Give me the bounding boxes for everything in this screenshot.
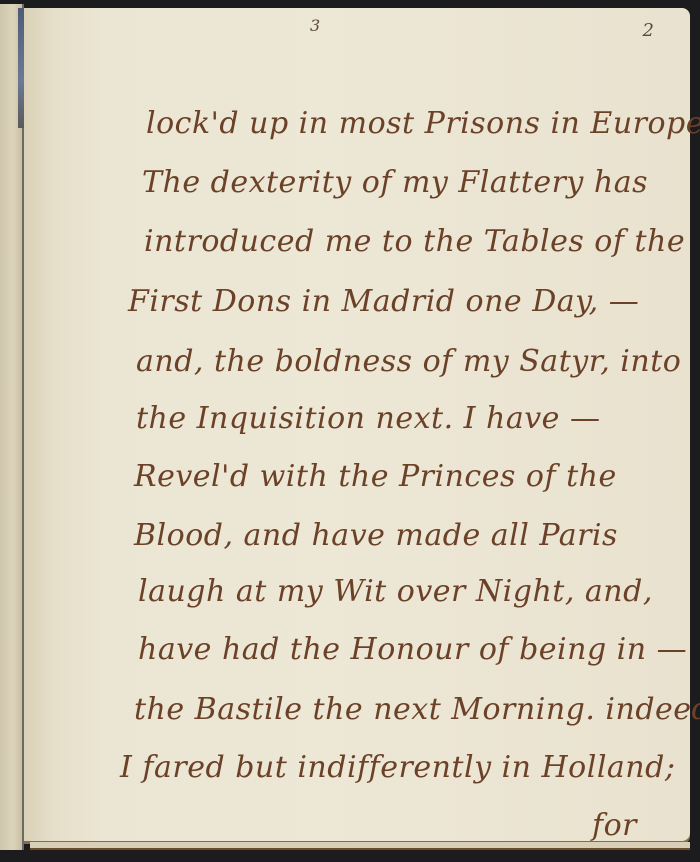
manuscript-line: The dexterity of my Flattery has xyxy=(142,165,648,200)
page-bottom-edge xyxy=(30,842,690,850)
manuscript-line: lock'd up in most Prisons in Europe. xyxy=(146,106,700,141)
manuscript-line: First Dons in Madrid one Day, — xyxy=(128,284,639,319)
page-number: 3 xyxy=(310,16,320,35)
manuscript-line: Blood, and have made all Paris xyxy=(134,518,618,553)
manuscript-page: 3 2 lock'd up in most Prisons in Europe.… xyxy=(24,8,690,844)
manuscript-line: and, the boldness of my Satyr, into xyxy=(136,344,681,379)
manuscript-line: I fared but indifferently in Holland; xyxy=(120,750,675,785)
left-facing-page-edge xyxy=(0,4,24,850)
manuscript-line: Revel'd with the Princes of the xyxy=(134,459,617,494)
manuscript-line: introduced me to the Tables of the xyxy=(144,224,685,259)
manuscript-line: the Bastile the next Morning. indeed xyxy=(134,692,700,727)
manuscript-line: have had the Honour of being in — xyxy=(138,632,687,667)
manuscript-line: laugh at my Wit over Night, and, xyxy=(138,574,653,609)
manuscript-line: for xyxy=(592,808,637,843)
folio-mark: 2 xyxy=(643,20,654,41)
manuscript-line: the Inquisition next. I have — xyxy=(136,401,600,436)
